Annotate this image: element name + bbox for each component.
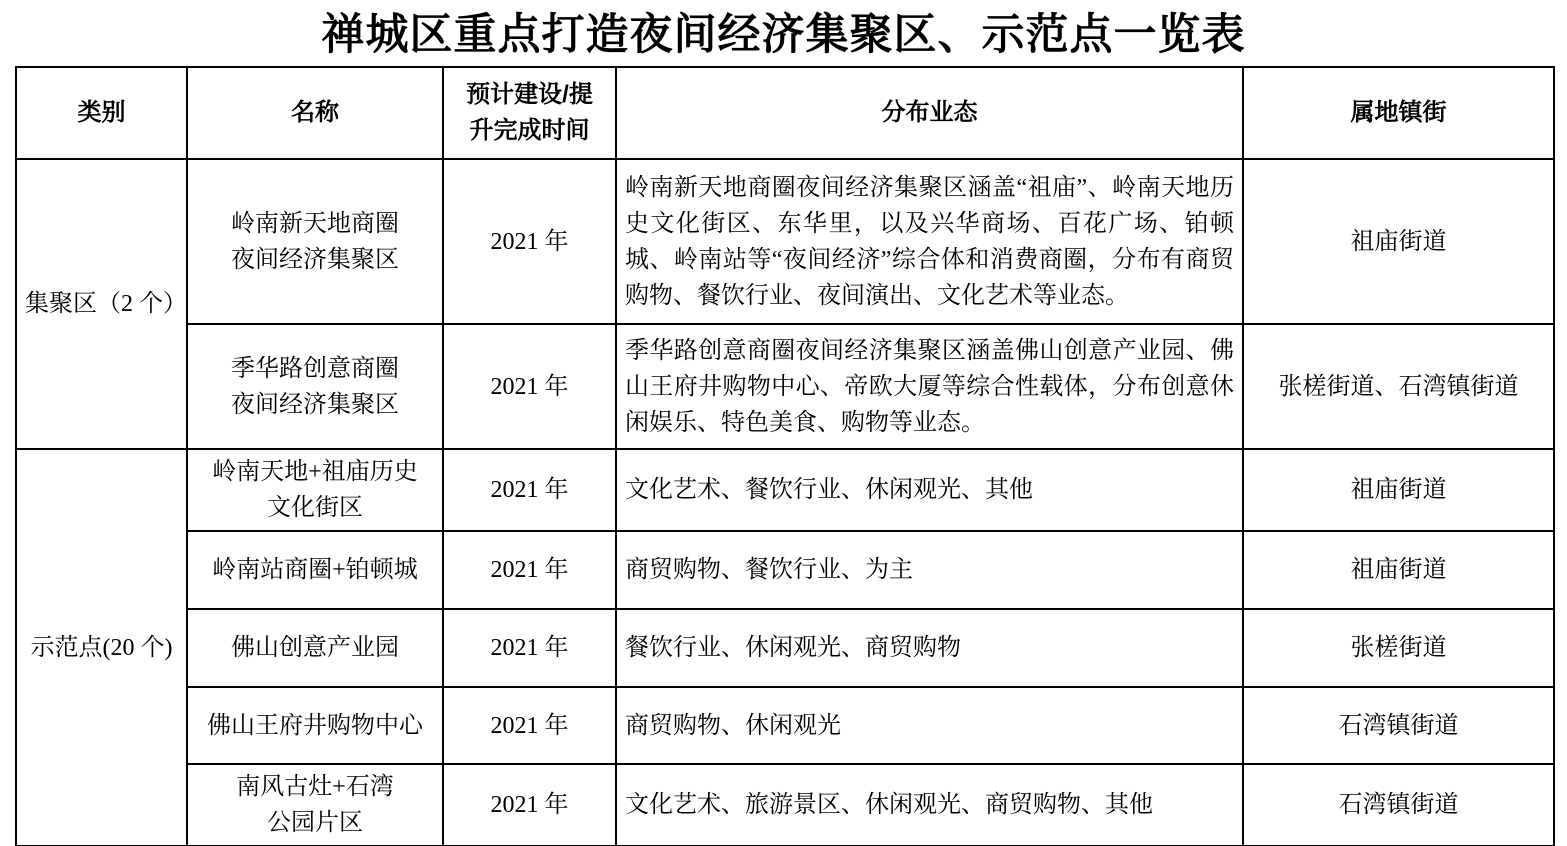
district-cell: 张槎街道、石湾镇街道: [1243, 324, 1554, 449]
business-cell: 餐饮行业、休闲观光、商贸购物: [616, 609, 1243, 687]
district-cell: 石湾镇街道: [1243, 687, 1554, 764]
time-cell: 2021 年: [443, 159, 616, 324]
district-cell: 祖庙街道: [1243, 531, 1554, 609]
district-cell: 祖庙街道: [1243, 159, 1554, 324]
page-title: 禅城区重点打造夜间经济集聚区、示范点一览表: [0, 0, 1567, 66]
table-row: 季华路创意商圈 夜间经济集聚区 2021 年 季华路创意商圈夜间经济集聚区涵盖佛…: [16, 324, 1554, 449]
table-row: 佛山王府井购物中心 2021 年 商贸购物、休闲观光 石湾镇街道: [16, 687, 1554, 764]
table-row: 集聚区（2 个） 岭南新天地商圈 夜间经济集聚区 2021 年 岭南新天地商圈夜…: [16, 159, 1554, 324]
business-cell: 季华路创意商圈夜间经济集聚区涵盖佛山创意产业园、佛山王府井购物中心、帝欧大厦等综…: [616, 324, 1243, 449]
col-header-district: 属地镇街: [1243, 67, 1554, 159]
time-cell: 2021 年: [443, 449, 616, 531]
table-row: 示范点(20 个) 岭南天地+祖庙历史 文化街区 2021 年 文化艺术、餐饮行…: [16, 449, 1554, 531]
table-row: 佛山创意产业园 2021 年 餐饮行业、休闲观光、商贸购物 张槎街道: [16, 609, 1554, 687]
district-cell: 张槎街道: [1243, 609, 1554, 687]
name-cell: 岭南天地+祖庙历史 文化街区: [187, 449, 443, 531]
time-cell: 2021 年: [443, 687, 616, 764]
name-cell: 佛山创意产业园: [187, 609, 443, 687]
table-row: 南风古灶+石湾 公园片区 2021 年 文化艺术、旅游景区、休闲观光、商贸购物、…: [16, 764, 1554, 846]
time-cell: 2021 年: [443, 764, 616, 846]
name-cell: 季华路创意商圈 夜间经济集聚区: [187, 324, 443, 449]
time-cell: 2021 年: [443, 531, 616, 609]
night-economy-table: 类别 名称 预计建设/提 升完成时间 分布业态 属地镇街 集聚区（2 个） 岭南…: [15, 66, 1555, 846]
business-cell: 文化艺术、餐饮行业、休闲观光、其他: [616, 449, 1243, 531]
col-header-business: 分布业态: [616, 67, 1243, 159]
time-cell: 2021 年: [443, 609, 616, 687]
col-header-time: 预计建设/提 升完成时间: [443, 67, 616, 159]
business-cell: 商贸购物、餐饮行业、为主: [616, 531, 1243, 609]
business-cell: 商贸购物、休闲观光: [616, 687, 1243, 764]
district-cell: 石湾镇街道: [1243, 764, 1554, 846]
category-cell: 集聚区（2 个）: [16, 159, 187, 449]
time-cell: 2021 年: [443, 324, 616, 449]
table-header-row: 类别 名称 预计建设/提 升完成时间 分布业态 属地镇街: [16, 67, 1554, 159]
district-cell: 祖庙街道: [1243, 449, 1554, 531]
name-cell: 岭南站商圈+铂顿城: [187, 531, 443, 609]
business-cell: 岭南新天地商圈夜间经济集聚区涵盖“祖庙”、岭南天地历史文化街区、东华里，以及兴华…: [616, 159, 1243, 324]
name-cell: 岭南新天地商圈 夜间经济集聚区: [187, 159, 443, 324]
name-cell: 南风古灶+石湾 公园片区: [187, 764, 443, 846]
name-cell: 佛山王府井购物中心: [187, 687, 443, 764]
category-cell: 示范点(20 个): [16, 449, 187, 846]
col-header-category: 类别: [16, 67, 187, 159]
col-header-name: 名称: [187, 67, 443, 159]
document-page: 禅城区重点打造夜间经济集聚区、示范点一览表 类别 名称 预计建设/提 升完成时间…: [0, 0, 1567, 846]
table-row: 岭南站商圈+铂顿城 2021 年 商贸购物、餐饮行业、为主 祖庙街道: [16, 531, 1554, 609]
business-cell: 文化艺术、旅游景区、休闲观光、商贸购物、其他: [616, 764, 1243, 846]
